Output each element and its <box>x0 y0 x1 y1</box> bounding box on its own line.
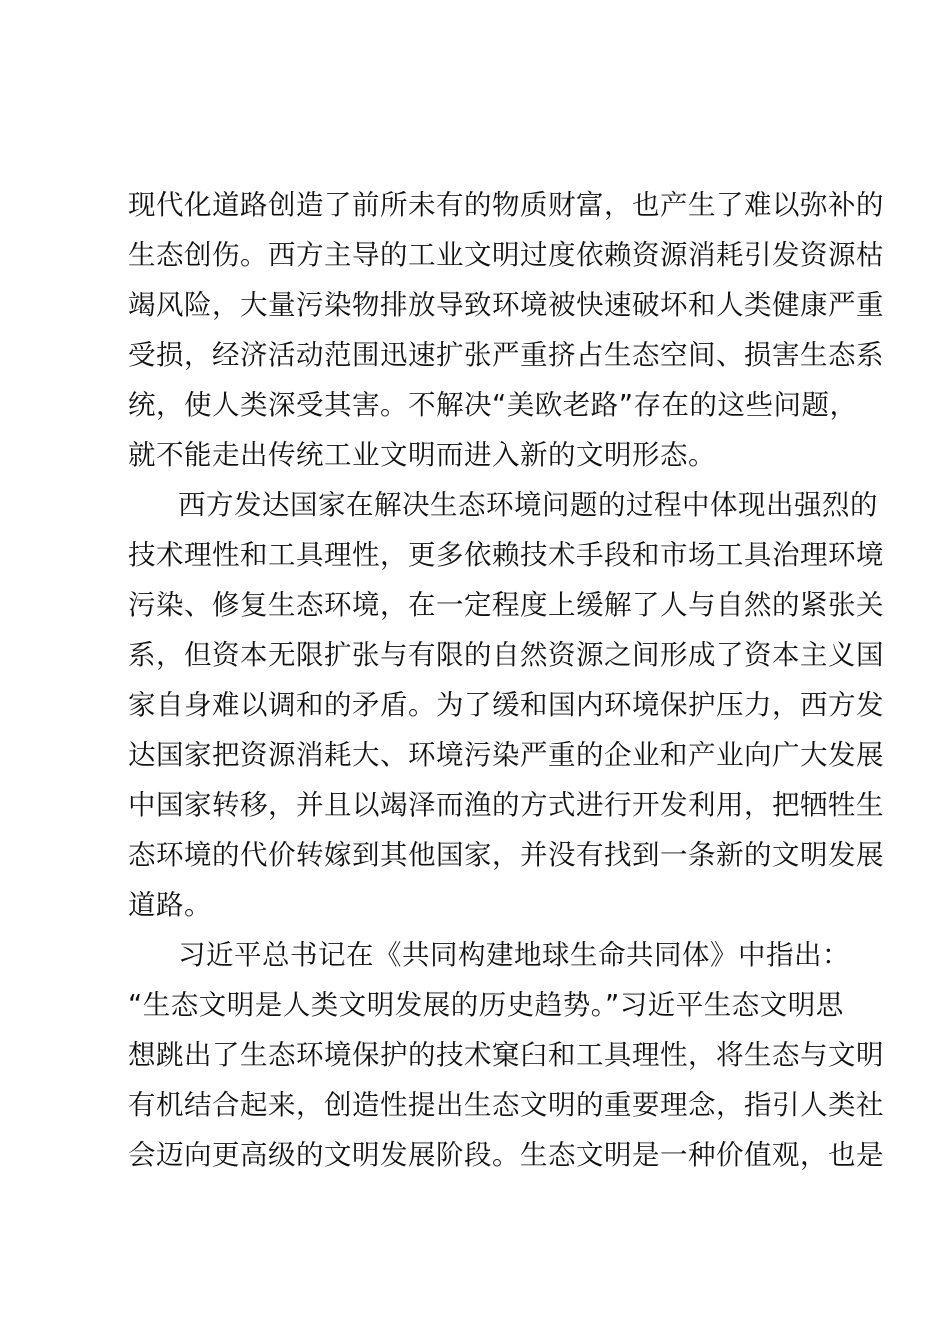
text-line: 会迈向更高级的文明发展阶段。生态文明是一种价值观，也是 <box>128 1130 832 1180</box>
text-line: 受损，经济活动范围迅速扩张严重挤占生态空间、损害生态系 <box>128 330 832 380</box>
paragraph-2: 西方发达国家在解决生态环境问题的过程中体现出强烈的 技术理性和工具理性，更多依赖… <box>128 480 832 930</box>
text-line: 污染、修复生态环境，在一定程度上缓解了人与自然的紧张关 <box>128 580 832 630</box>
text-line: 态环境的代价转嫁到其他国家，并没有找到一条新的文明发展 <box>128 830 832 880</box>
text-line: 系，但资本无限扩张与有限的自然资源之间形成了资本主义国 <box>128 630 832 680</box>
text-line: 技术理性和工具理性，更多依赖技术手段和市场工具治理环境 <box>128 530 832 580</box>
text-line: 西方发达国家在解决生态环境问题的过程中体现出强烈的 <box>128 480 832 530</box>
text-line: 有机结合起来，创造性提出生态文明的重要理念，指引人类社 <box>128 1080 832 1130</box>
text-line: 现代化道路创造了前所未有的物质财富，也产生了难以弥补的 <box>128 180 832 230</box>
text-line: 想跳出了生态环境保护的技术窠臼和工具理性，将生态与文明 <box>128 1030 832 1080</box>
text-line: 竭风险，大量污染物排放导致环境被快速破坏和人类健康严重 <box>128 280 832 330</box>
text-line: “生态文明是人类文明发展的历史趋势。”习近平生态文明思 <box>128 980 832 1030</box>
paragraph-1: 现代化道路创造了前所未有的物质财富，也产生了难以弥补的 生态创伤。西方主导的工业… <box>128 180 832 480</box>
text-line: 家自身难以调和的矛盾。为了缓和国内环境保护压力，西方发 <box>128 680 832 730</box>
text-line: 就不能走出传统工业文明而进入新的文明形态。 <box>128 430 832 480</box>
document-page: 现代化道路创造了前所未有的物质财富，也产生了难以弥补的 生态创伤。西方主导的工业… <box>128 180 832 1180</box>
text-line: 道路。 <box>128 880 832 930</box>
paragraph-3: 习近平总书记在《共同构建地球生命共同体》中指出： “生态文明是人类文明发展的历史… <box>128 930 832 1180</box>
text-line: 生态创伤。西方主导的工业文明过度依赖资源消耗引发资源枯 <box>128 230 832 280</box>
text-line: 统，使人类深受其害。不解决“美欧老路”存在的这些问题， <box>128 380 832 430</box>
text-line: 达国家把资源消耗大、环境污染严重的企业和产业向广大发展 <box>128 730 832 780</box>
text-line: 习近平总书记在《共同构建地球生命共同体》中指出： <box>128 930 832 980</box>
text-line: 中国家转移，并且以竭泽而渔的方式进行开发利用，把牺牲生 <box>128 780 832 830</box>
